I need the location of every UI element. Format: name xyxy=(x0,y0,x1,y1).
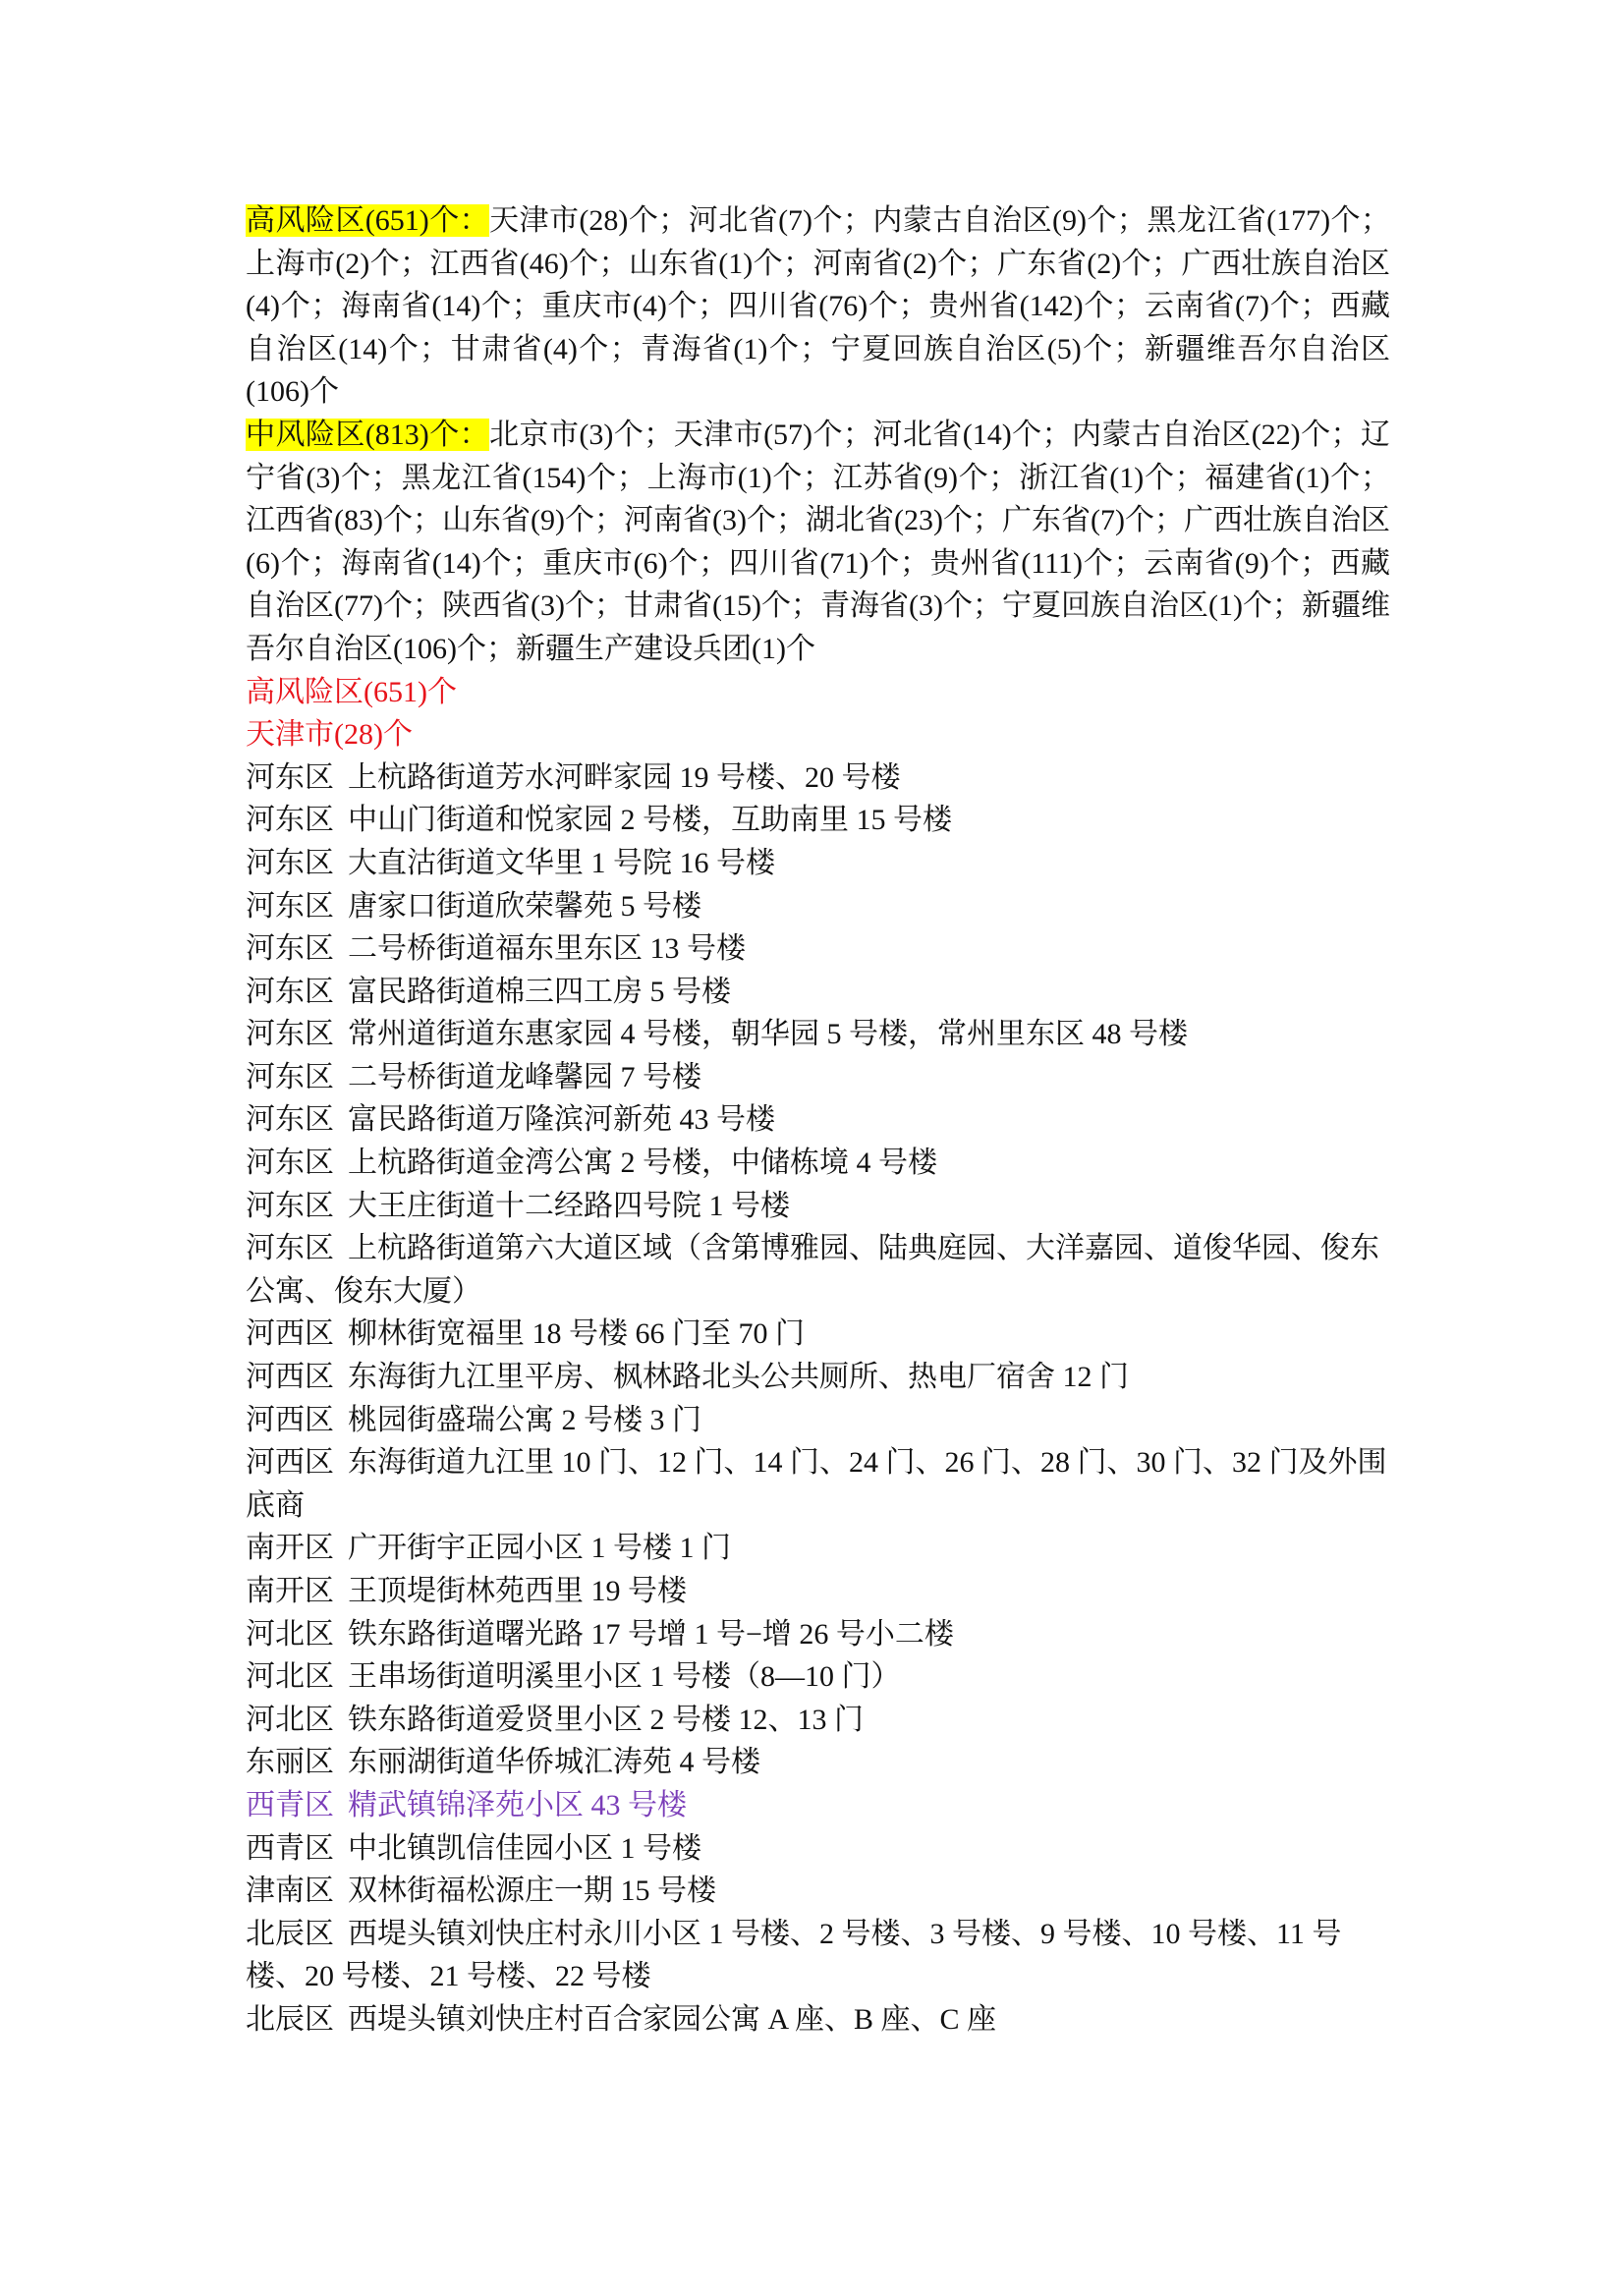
list-item: 河东区大王庄街道十二经路四号院 1 号楼 xyxy=(246,1185,1390,1228)
location-detail: 富民路街道万隆滨河新苑 43 号楼 xyxy=(348,1103,775,1136)
section-subheading: 天津市(28)个 xyxy=(246,713,1390,756)
district-name: 津南区 xyxy=(246,1875,334,1907)
list-item: 河东区唐家口街道欣荣馨苑 5 号楼 xyxy=(246,885,1390,928)
list-item: 河西区东海街九江里平房、枫林路北头公共厕所、热电厂宿舍 12 门 xyxy=(246,1356,1390,1399)
location-detail: 富民路街道棉三四工房 5 号楼 xyxy=(348,976,731,1008)
location-detail: 西堤头镇刘快庄村永川小区 1 号楼、2 号楼、3 号楼、9 号楼、10 号楼、1… xyxy=(246,1918,1341,1993)
district-name: 河东区 xyxy=(246,1061,334,1093)
location-detail: 东丽湖街道华侨城汇涛苑 4 号楼 xyxy=(348,1746,760,1778)
district-name: 南开区 xyxy=(246,1532,334,1564)
district-name: 河东区 xyxy=(246,932,334,965)
district-name: 西青区 xyxy=(246,1832,334,1865)
list-item: 南开区王顶堤街林苑西里 19 号楼 xyxy=(246,1570,1390,1613)
list-item: 河东区上杭路街道第六大道区域（含第博雅园、陆典庭园、大洋嘉园、道俊华园、俊东公寓… xyxy=(246,1227,1390,1313)
document-page: 高风险区(651)个：天津市(28)个；河北省(7)个；内蒙古自治区(9)个；黑… xyxy=(246,199,1390,2042)
list-item: 河西区东海街道九江里 10 门、12 门、14 门、24 门、26 门、28 门… xyxy=(246,1441,1390,1527)
district-name: 北辰区 xyxy=(246,1918,334,1950)
location-detail: 二号桥街道龙峰馨园 7 号楼 xyxy=(348,1061,701,1093)
district-name: 河东区 xyxy=(246,1018,334,1050)
location-detail: 精武镇锦泽苑小区 43 号楼 xyxy=(348,1789,687,1821)
location-detail: 上杭路街道第六大道区域（含第博雅园、陆典庭园、大洋嘉园、道俊华园、俊东公寓、俊东… xyxy=(246,1232,1379,1308)
location-detail: 西堤头镇刘快庄村百合家园公寓 A 座、B 座、C 座 xyxy=(348,2003,996,2036)
location-detail: 双林街福松源庄一期 15 号楼 xyxy=(348,1875,716,1907)
list-item: 河东区二号桥街道龙峰馨园 7 号楼 xyxy=(246,1056,1390,1099)
list-item: 河东区常州道街道东惠家园 4 号楼，朝华园 5 号楼，常州里东区 48 号楼 xyxy=(246,1013,1390,1056)
district-name: 河北区 xyxy=(246,1704,334,1736)
list-item: 河北区铁东路街道爱贤里小区 2 号楼 12、13 门 xyxy=(246,1699,1390,1742)
list-item: 东丽区东丽湖街道华侨城汇涛苑 4 号楼 xyxy=(246,1741,1390,1784)
location-detail: 广开街宇正园小区 1 号楼 1 门 xyxy=(348,1532,731,1564)
location-detail: 大王庄街道十二经路四号院 1 号楼 xyxy=(348,1190,790,1222)
district-name: 东丽区 xyxy=(246,1746,334,1778)
district-name: 河西区 xyxy=(246,1317,334,1350)
location-detail: 常州道街道东惠家园 4 号楼，朝华园 5 号楼，常州里东区 48 号楼 xyxy=(348,1018,1188,1050)
location-detail: 东海街九江里平房、枫林路北头公共厕所、热电厂宿舍 12 门 xyxy=(348,1361,1129,1393)
list-item: 北辰区西堤头镇刘快庄村百合家园公寓 A 座、B 座、C 座 xyxy=(246,1998,1390,2042)
location-detail: 桃园街盛瑞公寓 2 号楼 3 门 xyxy=(348,1404,701,1436)
list-item: 河东区二号桥街道福东里东区 13 号楼 xyxy=(246,927,1390,971)
list-item: 河东区富民路街道万隆滨河新苑 43 号楼 xyxy=(246,1098,1390,1142)
district-name: 南开区 xyxy=(246,1575,334,1607)
list-item: 河东区上杭路街道芳水河畔家园 19 号楼、20 号楼 xyxy=(246,756,1390,800)
list-item: 河北区铁东路街道曙光路 17 号增 1 号−增 26 号小二楼 xyxy=(246,1613,1390,1656)
location-detail: 中北镇凯信佳园小区 1 号楼 xyxy=(348,1832,701,1865)
location-detail: 柳林街宽福里 18 号楼 66 门至 70 门 xyxy=(348,1317,805,1350)
district-name: 北辰区 xyxy=(246,2003,334,2036)
district-name: 河东区 xyxy=(246,1232,334,1264)
list-item: 西青区中北镇凯信佳园小区 1 号楼 xyxy=(246,1827,1390,1871)
medium-risk-summary: 中风险区(813)个：北京市(3)个；天津市(57)个；河北省(14)个；内蒙古… xyxy=(246,414,1390,671)
list-item: 河西区柳林街宽福里 18 号楼 66 门至 70 门 xyxy=(246,1313,1390,1356)
location-detail: 中山门街道和悦家园 2 号楼，互助南里 15 号楼 xyxy=(348,804,952,836)
district-name: 河东区 xyxy=(246,761,334,794)
district-name: 河东区 xyxy=(246,1190,334,1222)
location-detail: 上杭路街道金湾公寓 2 号楼，中储栋境 4 号楼 xyxy=(348,1147,937,1179)
list-item: 河东区大直沽街道文华里 1 号院 16 号楼 xyxy=(246,842,1390,885)
medium-risk-summary-label: 中风险区(813)个： xyxy=(246,419,489,451)
high-risk-summary-label: 高风险区(651)个： xyxy=(246,204,489,237)
location-detail: 王顶堤街林苑西里 19 号楼 xyxy=(348,1575,687,1607)
location-detail: 上杭路街道芳水河畔家园 19 号楼、20 号楼 xyxy=(348,761,901,794)
list-item: 津南区双林街福松源庄一期 15 号楼 xyxy=(246,1870,1390,1913)
district-name: 西青区 xyxy=(246,1789,334,1821)
medium-risk-summary-text: 北京市(3)个；天津市(57)个；河北省(14)个；内蒙古自治区(22)个；辽宁… xyxy=(246,419,1390,665)
district-name: 河西区 xyxy=(246,1446,334,1479)
list-item-highlighted: 西青区精武镇锦泽苑小区 43 号楼 xyxy=(246,1784,1390,1827)
district-name: 河东区 xyxy=(246,890,334,923)
high-risk-summary: 高风险区(651)个：天津市(28)个；河北省(7)个；内蒙古自治区(9)个；黑… xyxy=(246,199,1390,414)
district-name: 河北区 xyxy=(246,1618,334,1651)
location-detail: 铁东路街道爱贤里小区 2 号楼 12、13 门 xyxy=(348,1704,864,1736)
district-name: 河西区 xyxy=(246,1404,334,1436)
list-item: 河东区富民路街道棉三四工房 5 号楼 xyxy=(246,971,1390,1014)
list-item: 河西区桃园街盛瑞公寓 2 号楼 3 门 xyxy=(246,1399,1390,1442)
district-name: 河北区 xyxy=(246,1660,334,1693)
district-name: 河东区 xyxy=(246,804,334,836)
list-item: 河北区王串场街道明溪里小区 1 号楼（8—10 门） xyxy=(246,1655,1390,1699)
district-name: 河东区 xyxy=(246,1147,334,1179)
location-list: 河东区上杭路街道芳水河畔家园 19 号楼、20 号楼 河东区中山门街道和悦家园 … xyxy=(246,756,1390,2042)
list-item: 河东区上杭路街道金湾公寓 2 号楼，中储栋境 4 号楼 xyxy=(246,1142,1390,1185)
district-name: 河西区 xyxy=(246,1361,334,1393)
district-name: 河东区 xyxy=(246,847,334,879)
location-detail: 唐家口街道欣荣馨苑 5 号楼 xyxy=(348,890,701,923)
list-item: 河东区中山门街道和悦家园 2 号楼，互助南里 15 号楼 xyxy=(246,799,1390,842)
location-detail: 铁东路街道曙光路 17 号增 1 号−增 26 号小二楼 xyxy=(348,1618,954,1651)
district-name: 河东区 xyxy=(246,1103,334,1136)
section-heading: 高风险区(651)个 xyxy=(246,671,1390,714)
location-detail: 王串场街道明溪里小区 1 号楼（8—10 门） xyxy=(348,1660,901,1693)
location-detail: 二号桥街道福东里东区 13 号楼 xyxy=(348,932,746,965)
list-item: 南开区广开街宇正园小区 1 号楼 1 门 xyxy=(246,1527,1390,1570)
list-item: 北辰区西堤头镇刘快庄村永川小区 1 号楼、2 号楼、3 号楼、9 号楼、10 号… xyxy=(246,1913,1390,1998)
district-name: 河东区 xyxy=(246,976,334,1008)
location-detail: 东海街道九江里 10 门、12 门、14 门、24 门、26 门、28 门、30… xyxy=(246,1446,1387,1522)
location-detail: 大直沽街道文华里 1 号院 16 号楼 xyxy=(348,847,775,879)
